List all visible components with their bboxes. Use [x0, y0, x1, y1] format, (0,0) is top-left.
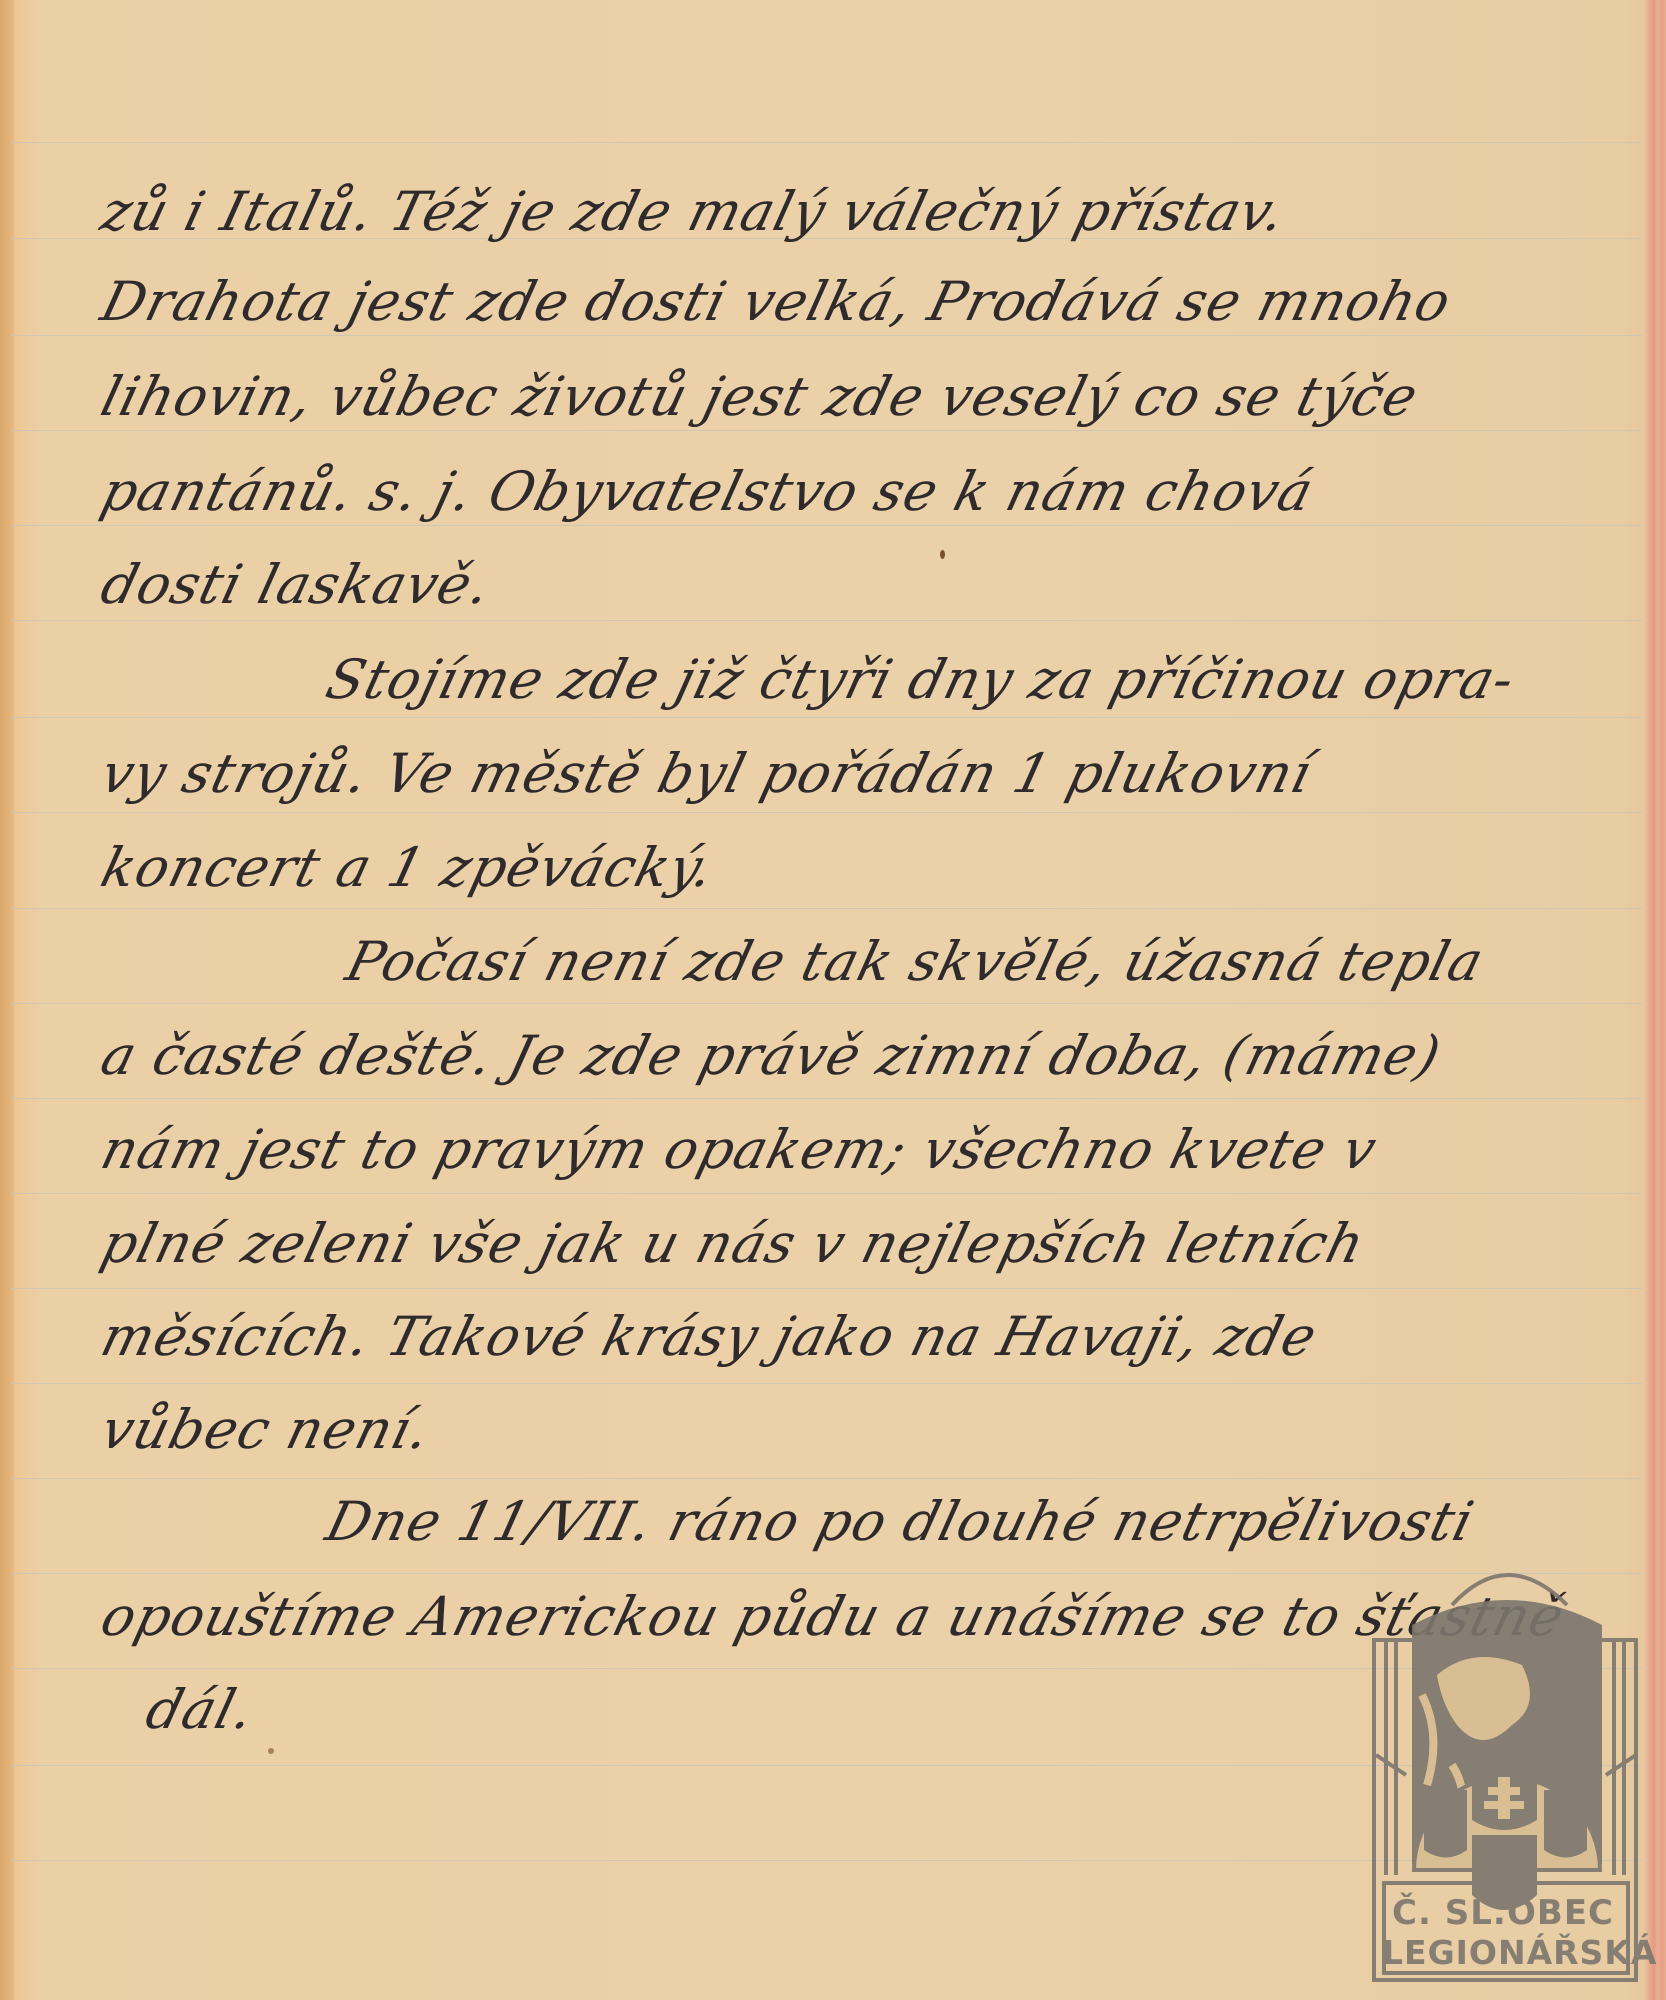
ruled-line: [10, 1383, 1642, 1384]
ruled-line: [10, 430, 1642, 431]
handwritten-line: měsících. Takové krásy jako na Havaji, z…: [0, 1305, 1666, 1368]
ruled-line: [10, 812, 1642, 813]
ink-spot: [940, 550, 945, 559]
ruled-line: [10, 620, 1642, 621]
ruled-line: [10, 335, 1642, 336]
handwritten-line: Drahota jest zde dosti velká, Prodává se…: [0, 270, 1666, 333]
handwritten-line: vůbec není.: [0, 1398, 1666, 1461]
watermark-line-2: LEGIONÁŘSKÁ: [1382, 1933, 1624, 1972]
ruled-line: [10, 1478, 1642, 1479]
handwritten-line: koncert a 1 zpěvácký.: [0, 836, 1666, 899]
ruled-line: [10, 908, 1642, 909]
handwritten-line-paragraph-start: Počasí není zde tak skvělé, úžasná tepla: [0, 930, 1666, 993]
ink-spot: [268, 1748, 274, 1754]
ruled-line: [10, 1098, 1642, 1099]
handwritten-line: zů i Italů. Též je zde malý válečný přís…: [0, 180, 1666, 243]
handwritten-line: pantánů. s. j. Obyvatelstvo se k nám cho…: [0, 460, 1666, 523]
ruled-line: [10, 1288, 1642, 1289]
handwritten-line: a časté deště. Je zde právě zimní doba, …: [0, 1024, 1666, 1087]
ruled-line: [10, 717, 1642, 718]
handwritten-line: vy strojů. Ve městě byl pořádán 1 plukov…: [0, 742, 1666, 805]
watermark-line-1: Č. SL. OBEC: [1382, 1893, 1624, 1933]
legion-watermark: Č. SL. OBEC LEGIONÁŘSKÁ: [1362, 1565, 1652, 1985]
ruled-line: [10, 1003, 1642, 1004]
ruled-line: [10, 142, 1642, 143]
diary-page: zů i Italů. Též je zde malý válečný přís…: [0, 0, 1666, 2000]
ruled-line: [10, 1193, 1642, 1194]
handwritten-line: lihovin, vůbec životů jest zde veselý co…: [0, 365, 1666, 428]
handwritten-line-paragraph-start: Dne 11/VII. ráno po dlouhé netrpělivosti: [0, 1490, 1666, 1553]
handwritten-line-paragraph-start: Stojíme zde již čtyři dny za příčinou op…: [0, 648, 1666, 711]
handwritten-line: plné zeleni vše jak u nás v nejlepších l…: [0, 1212, 1666, 1275]
handwritten-line: nám jest to pravým opakem; všechno kvete…: [0, 1118, 1666, 1181]
ruled-line: [10, 525, 1642, 526]
handwritten-line: dosti laskavě.: [0, 553, 1666, 616]
